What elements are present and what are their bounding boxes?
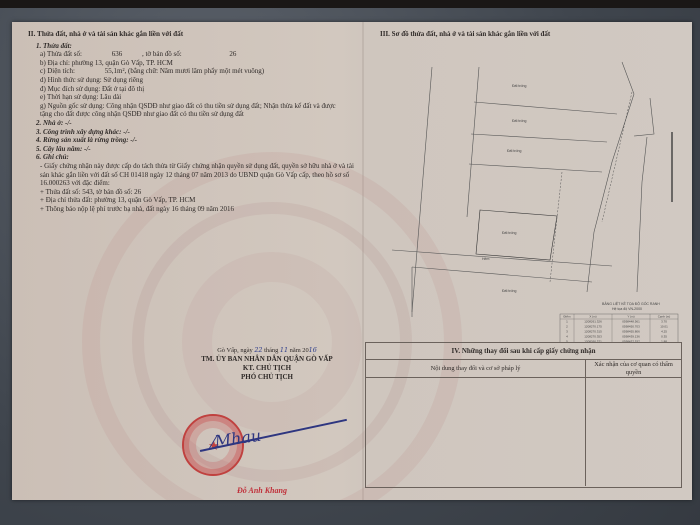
date-year: 16 xyxy=(309,346,317,354)
note-4: + Thông báo nộp lệ phí trước bạ nhà, đất… xyxy=(40,205,355,214)
section-ii: II. Thửa đất, nhà ở và tài sản khác gắn … xyxy=(28,30,358,213)
svg-text:0598455.806: 0598455.806 xyxy=(622,330,640,334)
watermark-center xyxy=(182,252,362,432)
svg-text:10.01: 10.01 xyxy=(660,325,668,329)
top-edge xyxy=(0,0,700,8)
svg-text:0598450.703: 0598450.703 xyxy=(622,325,640,329)
map-sheet-no: 26 xyxy=(229,50,236,59)
house-item: 2. Nhà ở: -/- xyxy=(36,119,358,128)
date-prefix: Gò Vấp, ngày xyxy=(217,347,253,354)
land-use-certificate: II. Thửa đất, nhà ở và tài sản khác gắn … xyxy=(12,22,692,500)
authority: TM. ỦY BAN NHÂN DÂN QUẬN GÒ VẤP xyxy=(172,355,362,364)
area-label: c) Diện tích: xyxy=(40,67,75,76)
on-behalf: KT. CHỦ TỊCH xyxy=(172,364,362,373)
origin-label: g) Nguồn gốc sử dụng: xyxy=(40,102,104,110)
label-dat-trong-5: Đất trống xyxy=(502,289,516,293)
origin-row: g) Nguồn gốc sử dụng: Công nhận QSDĐ như… xyxy=(40,102,340,119)
change-content-cell xyxy=(366,378,586,486)
area-row: c) Diện tích: 55,1m², (bằng chữ: Năm mươ… xyxy=(40,67,358,76)
address-row: b) Địa chỉ: phường 13, quận Gò Vấp, TP. … xyxy=(40,59,358,68)
svg-text:Điểm: Điểm xyxy=(563,315,571,319)
position: PHÓ CHỦ TỊCH xyxy=(172,373,362,382)
svg-text:2: 2 xyxy=(566,325,568,329)
purpose-label: đ) Mục đích sử dụng: xyxy=(40,85,100,94)
svg-text:0598439.136: 0598439.136 xyxy=(622,335,640,339)
svg-text:1: 1 xyxy=(566,320,568,324)
purpose-value: Đất ở tại đô thị xyxy=(102,85,144,93)
svg-text:1208270.315: 1208270.315 xyxy=(584,330,602,334)
section-ii-title: II. Thửa đất, nhà ở và tài sản khác gắn … xyxy=(28,30,358,39)
svg-text:4: 4 xyxy=(566,335,568,339)
map-sheet-label: , tờ bản đồ số: xyxy=(142,50,182,59)
coords-table: ĐiểmX (m)Y (m)Cạnh (m)11208261.326059844… xyxy=(560,314,678,342)
issue-date: Gò Vấp, ngày 22 tháng 11 năm 2016 xyxy=(172,346,362,355)
term-row: e) Thời hạn sử dụng: Lâu dài xyxy=(40,93,358,102)
note-2: + Thửa đất số: 543, tờ bản đồ số: 26 xyxy=(40,188,355,197)
svg-text:1208270.353: 1208270.353 xyxy=(584,335,602,339)
section-iv-title: IV. Những thay đổi sau khi cấp giấy chứn… xyxy=(366,343,681,360)
signature-block: Gò Vấp, ngày 22 tháng 11 năm 2016 TM. ỦY… xyxy=(172,346,362,382)
svg-text:0.35: 0.35 xyxy=(661,335,667,339)
date-month-label: tháng xyxy=(264,347,278,354)
svg-text:1208261.326: 1208261.326 xyxy=(584,320,602,324)
other-construction-item: 3. Công trình xây dựng khác: -/- xyxy=(36,128,358,137)
plot-diagram: Đất trống Đất trống Đất trống Đất trống … xyxy=(372,42,692,342)
land-heading: 1. Thửa đất: xyxy=(36,42,358,51)
address-label: b) Địa chỉ: xyxy=(40,59,70,68)
label-dat-trong-2: Đất trống xyxy=(512,119,526,123)
address-value: phường 13, quận Gò Vấp, TP. HCM xyxy=(72,59,173,67)
date-day: 22 xyxy=(254,346,262,354)
svg-text:X (m): X (m) xyxy=(589,315,596,319)
svg-text:Cạnh (m): Cạnh (m) xyxy=(658,315,671,319)
note-1: - Giấy chứng nhận này được cấp do tách t… xyxy=(40,162,355,188)
col-authority-confirm: Xác nhận của cơ quan có thẩm quyền xyxy=(586,360,681,377)
plot-label: a) Thửa đất số: xyxy=(40,50,82,59)
area-value: 55,1m², (bằng chữ: Năm mươi lăm phẩy một… xyxy=(105,67,264,76)
section-iv-table: IV. Những thay đổi sau khi cấp giấy chứn… xyxy=(365,342,682,488)
purpose-row: đ) Mục đích sử dụng: Đất ở tại đô thị xyxy=(40,85,358,94)
perennial-trees-item: 5. Cây lâu năm: -/- xyxy=(36,145,358,154)
col-change-content: Nội dung thay đổi và cơ sở pháp lý xyxy=(366,360,586,377)
notes-heading: 6. Ghi chú: xyxy=(36,153,358,162)
note-3: + Địa chỉ thửa đất: phường 13, quận Gò V… xyxy=(40,196,355,205)
coords-sub: Hệ tọa độ VN-2000 xyxy=(612,307,642,311)
svg-text:Y (m): Y (m) xyxy=(627,315,634,319)
label-dat-trong-1: Đất trống xyxy=(512,84,526,88)
section-iv-body xyxy=(366,378,681,486)
usage-form-row: d) Hình thức sử dụng: Sử dụng riêng xyxy=(40,76,358,85)
label-dat-trong-3: Đất trống xyxy=(507,149,521,153)
label-plot: Đất trống xyxy=(502,231,516,235)
svg-text:4.25: 4.25 xyxy=(661,330,667,334)
label-road: Hẻm xyxy=(482,257,489,261)
plot-row: a) Thửa đất số: 636 , tờ bản đồ số: 26 xyxy=(40,50,358,59)
coords-title: BẢNG LIỆT KÊ TỌA ĐỘ GÓC RANH xyxy=(602,301,660,306)
svg-text:0598448.561: 0598448.561 xyxy=(622,320,640,324)
signer-name: Đỗ Anh Khang xyxy=(237,486,287,495)
svg-text:3: 3 xyxy=(566,330,568,334)
date-month: 11 xyxy=(280,346,288,354)
usage-form-value: Sử dụng riêng xyxy=(103,76,143,84)
section-iii-title: III. Sơ đồ thửa đất, nhà ở và tài sản kh… xyxy=(380,30,550,38)
svg-text:3.70: 3.70 xyxy=(661,320,667,324)
plot-no: 636 xyxy=(112,50,123,59)
usage-form-label: d) Hình thức sử dụng: xyxy=(40,76,102,85)
section-iv-headers: Nội dung thay đổi và cơ sở pháp lý Xác n… xyxy=(366,360,681,378)
date-year-label: năm 20 xyxy=(290,347,309,354)
svg-text:1208270.175: 1208270.175 xyxy=(584,325,602,329)
term-label: e) Thời hạn sử dụng: xyxy=(40,93,98,102)
term-value: Lâu dài xyxy=(100,93,121,101)
production-forest-item: 4. Rừng sản xuất là rừng trồng: -/- xyxy=(36,136,358,145)
plot-map-svg: Đất trống Đất trống Đất trống Đất trống … xyxy=(372,42,692,342)
